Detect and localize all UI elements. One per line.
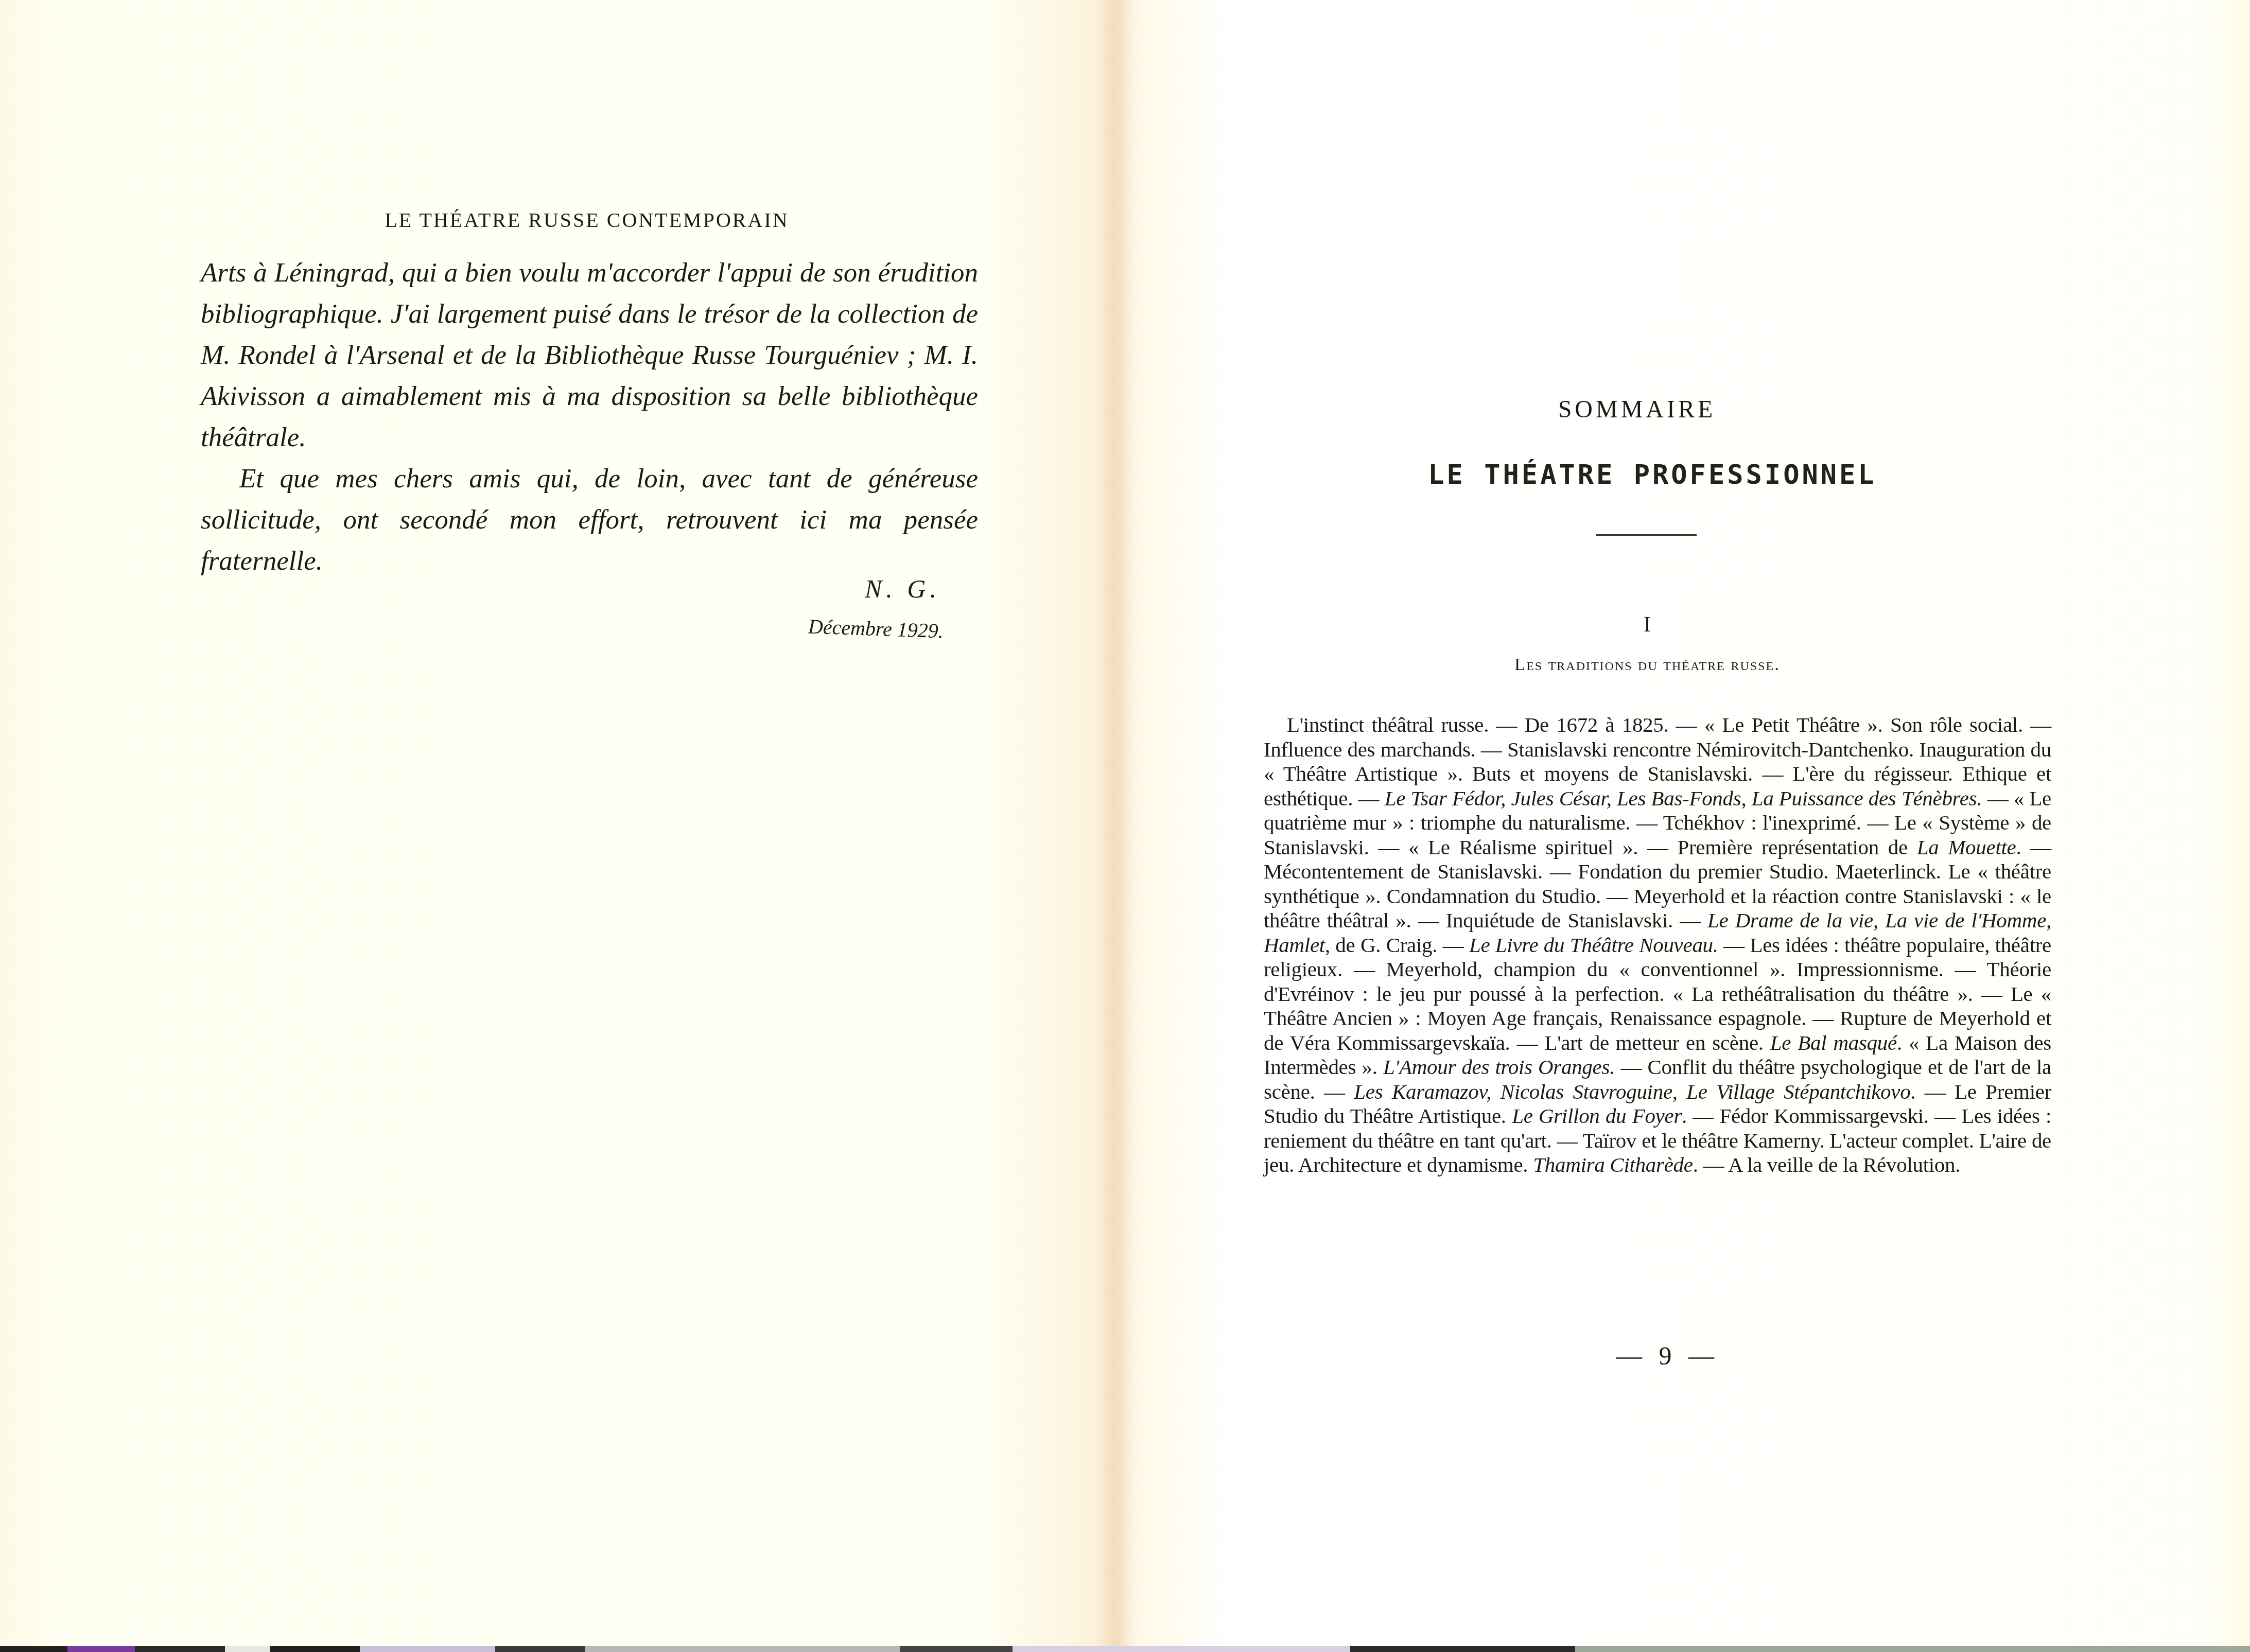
work-title-italic: L'Amour des trois Oranges. [1383,1055,1615,1079]
summary-text: , de G. Craig. — [1325,933,1469,957]
section-heading: SOMMAIRE [1493,395,1781,424]
part-title: LE THÉATRE PROFESSIONNEL [1369,460,1935,490]
left-page: LE THÉATRE RUSSE CONTEMPORAIN Arts à Lén… [0,0,1120,1652]
work-title-italic: Le Grillon du Foyer [1512,1104,1682,1128]
work-title-italic: Thamira Citharède [1533,1153,1693,1176]
author-initials: N. G. [865,574,940,604]
gutter-shadow [1096,0,1132,1652]
preface-paragraph: Arts à Léningrad, qui a bien voulu m'acc… [201,252,978,458]
chapter-number: I [1621,612,1673,637]
page-number: — 9 — [1601,1341,1735,1370]
running-head: LE THÉATRE RUSSE CONTEMPORAIN [360,208,813,232]
book-spread: LE THÉATRE RUSSE CONTEMPORAIN Arts à Lén… [0,0,2250,1652]
chapter-title: Les traditions du théatre russe. [1390,655,1905,675]
work-title-italic: Le Bal masqué [1770,1031,1897,1055]
chapter-summary: L'instinct théâtral russe. — De 1672 à 1… [1264,713,2051,1178]
preface-paragraph: Et que mes chers amis qui, de loin, avec… [201,458,978,582]
work-title-italic: La Mouette [1917,835,2016,859]
work-title-italic: Le Livre du Théâtre Nouveau. [1469,933,1718,957]
work-title-italic: Le Tsar Fédor, Jules César, Les Bas-Fond… [1385,786,1982,810]
scan-edge [0,1646,2250,1652]
summary-text: . — A la veille de la Révolution. [1693,1153,1961,1176]
dateline: Décembre 1929. [808,614,944,643]
preface-text: Arts à Léningrad, qui a bien voulu m'acc… [201,252,978,582]
work-title-italic: Les Karamazov, Nicolas Stavroguine, Le V… [1354,1080,1910,1103]
divider-rule [1596,534,1697,536]
